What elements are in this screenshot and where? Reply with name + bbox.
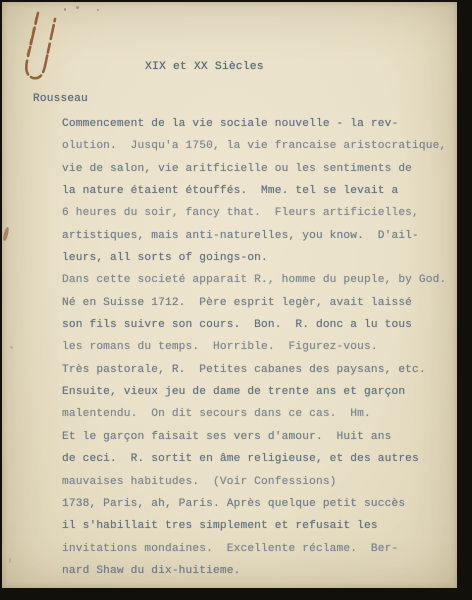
typed-line: leurs, all sorts of goings-on. — [62, 247, 446, 269]
typed-line: de ceci. R. sortit en âme religieuse, et… — [62, 448, 446, 470]
typed-line: nard Shaw du dix-huitieme. — [62, 560, 446, 582]
typescript-page: XIX et XX Siècles Rousseau Commencement … — [2, 2, 457, 588]
typed-line: Très pastorale, R. Petites cabanes des p… — [62, 359, 446, 381]
pencil-mark — [9, 558, 11, 563]
author-heading: Rousseau — [33, 93, 88, 105]
typed-line: Et le garçon faisait ses vers d'amour. H… — [62, 426, 446, 448]
typed-line: mauvaises habitudes. (Voir Confessions) — [62, 471, 446, 493]
typed-line: vie de salon, vie aritficielle ou les se… — [62, 158, 446, 180]
typed-line: invitations mondaines. Excellente réclam… — [62, 538, 446, 560]
typed-line: Dans cette societé apparait R., homme du… — [62, 269, 446, 291]
photographed-typescript: XIX et XX Siècles Rousseau Commencement … — [0, 0, 472, 600]
page-title: XIX et XX Siècles — [145, 61, 264, 73]
typed-line: Né en Suisse 1712. Père esprit legèr, av… — [62, 292, 446, 314]
typed-body: Commencement de la vie sociale nouvelle … — [62, 113, 446, 582]
typed-line: olution. Jusqu'a 1750, la vie francaise … — [62, 135, 446, 157]
typed-line: 1738, Paris, ah, Paris. Après quelque pe… — [62, 493, 446, 515]
typed-line: son fils suivre son cours. Bon. R. donc … — [62, 314, 446, 336]
typed-line: la nature étaient étouffés. Mme. tel se … — [62, 180, 446, 202]
typed-line: Ensuite, vieux jeu de dame de trente ans… — [62, 381, 446, 403]
pencil-mark — [97, 9, 99, 11]
paperclip-mark — [14, 5, 72, 97]
pencil-mark — [64, 8, 66, 11]
typed-line: 6 heures du soir, fancy that. Fleurs art… — [62, 202, 446, 224]
typed-line: artistiques, mais anti-naturelles, you k… — [62, 225, 446, 247]
rust-mark — [2, 227, 9, 242]
typed-line: Commencement de la vie sociale nouvelle … — [62, 113, 446, 135]
typed-line: les romans du temps. Horrible. Figurez-v… — [62, 336, 446, 358]
typed-line: il s'habillait tres simplement et refusa… — [62, 515, 446, 537]
pencil-mark — [10, 346, 13, 349]
pencil-mark — [76, 6, 79, 9]
typed-line: malentendu. On dit secours dans ce cas. … — [62, 403, 446, 425]
